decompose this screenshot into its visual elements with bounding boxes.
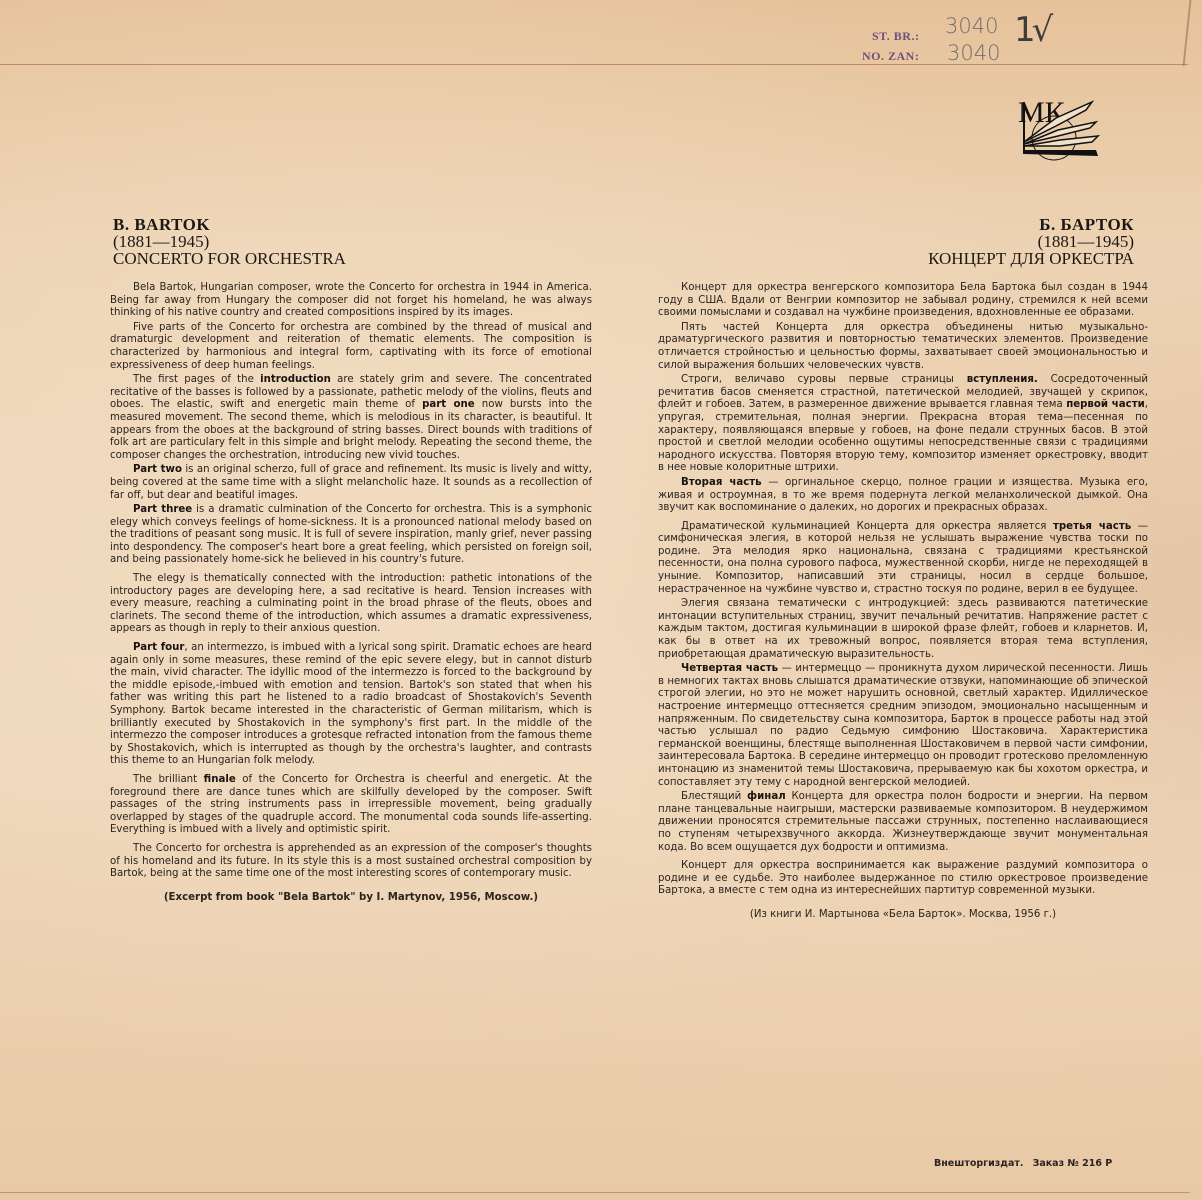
composer-years-en: (1881—1945) — [113, 233, 346, 250]
en-paragraph: The brilliant finale of the Concerto for… — [110, 774, 592, 837]
ru-paragraph: Концерт для оркестра венгерского компози… — [658, 282, 1148, 320]
russian-source-citation: (Из книги И. Мартынова «Бела Барток». Мо… — [658, 909, 1148, 922]
en-paragraph: Part two is an original scherzo, full of… — [110, 464, 592, 502]
composer-name-ru: Б. БАРТОК — [928, 216, 1134, 233]
handwritten-number-1: 3040 — [945, 14, 998, 38]
en-paragraph: Bela Bartok, Hungarian composer, wrote t… — [110, 282, 592, 320]
publisher-imprint: Внешторгиздат. Заказ № 216 Р — [934, 1158, 1112, 1169]
ru-paragraph: Строги, величаво суровы первые страницы … — [658, 374, 1148, 475]
composer-years-ru: (1881—1945) — [928, 233, 1134, 250]
en-paragraph: Five parts of the Concerto for orchestra… — [110, 322, 592, 372]
ru-paragraph: Блестящий финал Концерта для оркестра по… — [658, 791, 1148, 854]
handwritten-number-2: 3040 — [947, 41, 1000, 65]
order-number: Заказ № 216 Р — [1033, 1158, 1113, 1169]
en-paragraph: Part three is a dramatic culmination of … — [110, 504, 592, 567]
english-source-citation: (Excerpt from book "Bela Bartok" by I. M… — [110, 892, 592, 905]
publisher-name: Внешторгиздат. — [934, 1158, 1024, 1169]
stamp-line-2: NO. ZAN: — [862, 49, 919, 64]
work-title-ru: КОНЦЕРТ ДЛЯ ОРКЕСТРА — [928, 250, 1134, 267]
handwritten-mark: 1√ — [1014, 10, 1049, 50]
russian-heading: Б. БАРТОК (1881—1945) КОНЦЕРТ ДЛЯ ОРКЕСТ… — [928, 216, 1134, 267]
en-paragraph: The elegy is thematically connected with… — [110, 573, 592, 636]
russian-liner-notes: Концерт для оркестра венгерского компози… — [658, 282, 1148, 922]
english-heading: B. BARTOK (1881—1945) CONCERTO FOR ORCHE… — [113, 216, 346, 267]
sleeve-bottom-fold — [0, 1192, 1190, 1193]
ru-paragraph: Драматической кульминацией Концерта для … — [658, 521, 1148, 597]
russian-paragraphs: Концерт для оркестра венгерского компози… — [658, 282, 1148, 898]
english-paragraphs: Bela Bartok, Hungarian composer, wrote t… — [110, 282, 592, 881]
en-paragraph: Part four, an intermezzo, is imbued with… — [110, 642, 592, 768]
english-liner-notes: Bela Bartok, Hungarian composer, wrote t… — [110, 282, 592, 904]
ru-paragraph: Четвертая часть — интермеццо — проникнут… — [658, 663, 1148, 789]
stamp-line-1: ST. BR.: — [872, 29, 919, 44]
en-paragraph: The Concerto for orchestra is apprehende… — [110, 843, 592, 881]
ru-paragraph: Концерт для оркестра воспринимается как … — [658, 860, 1148, 898]
ru-paragraph: Элегия связана тематически с интродукцие… — [658, 598, 1148, 661]
sleeve-flap-edge — [1183, 0, 1192, 66]
mk-label-logo-icon: МК — [1016, 92, 1106, 164]
en-paragraph: The first pages of the introduction are … — [110, 374, 592, 462]
ru-paragraph: Пять частей Концерта для оркестра объеди… — [658, 322, 1148, 372]
ru-paragraph: Вторая часть — оргинальное скерцо, полно… — [658, 477, 1148, 515]
sleeve-flap-fold — [0, 64, 1188, 65]
composer-name-en: B. BARTOK — [113, 216, 346, 233]
work-title-en: CONCERTO FOR ORCHESTRA — [113, 250, 346, 267]
